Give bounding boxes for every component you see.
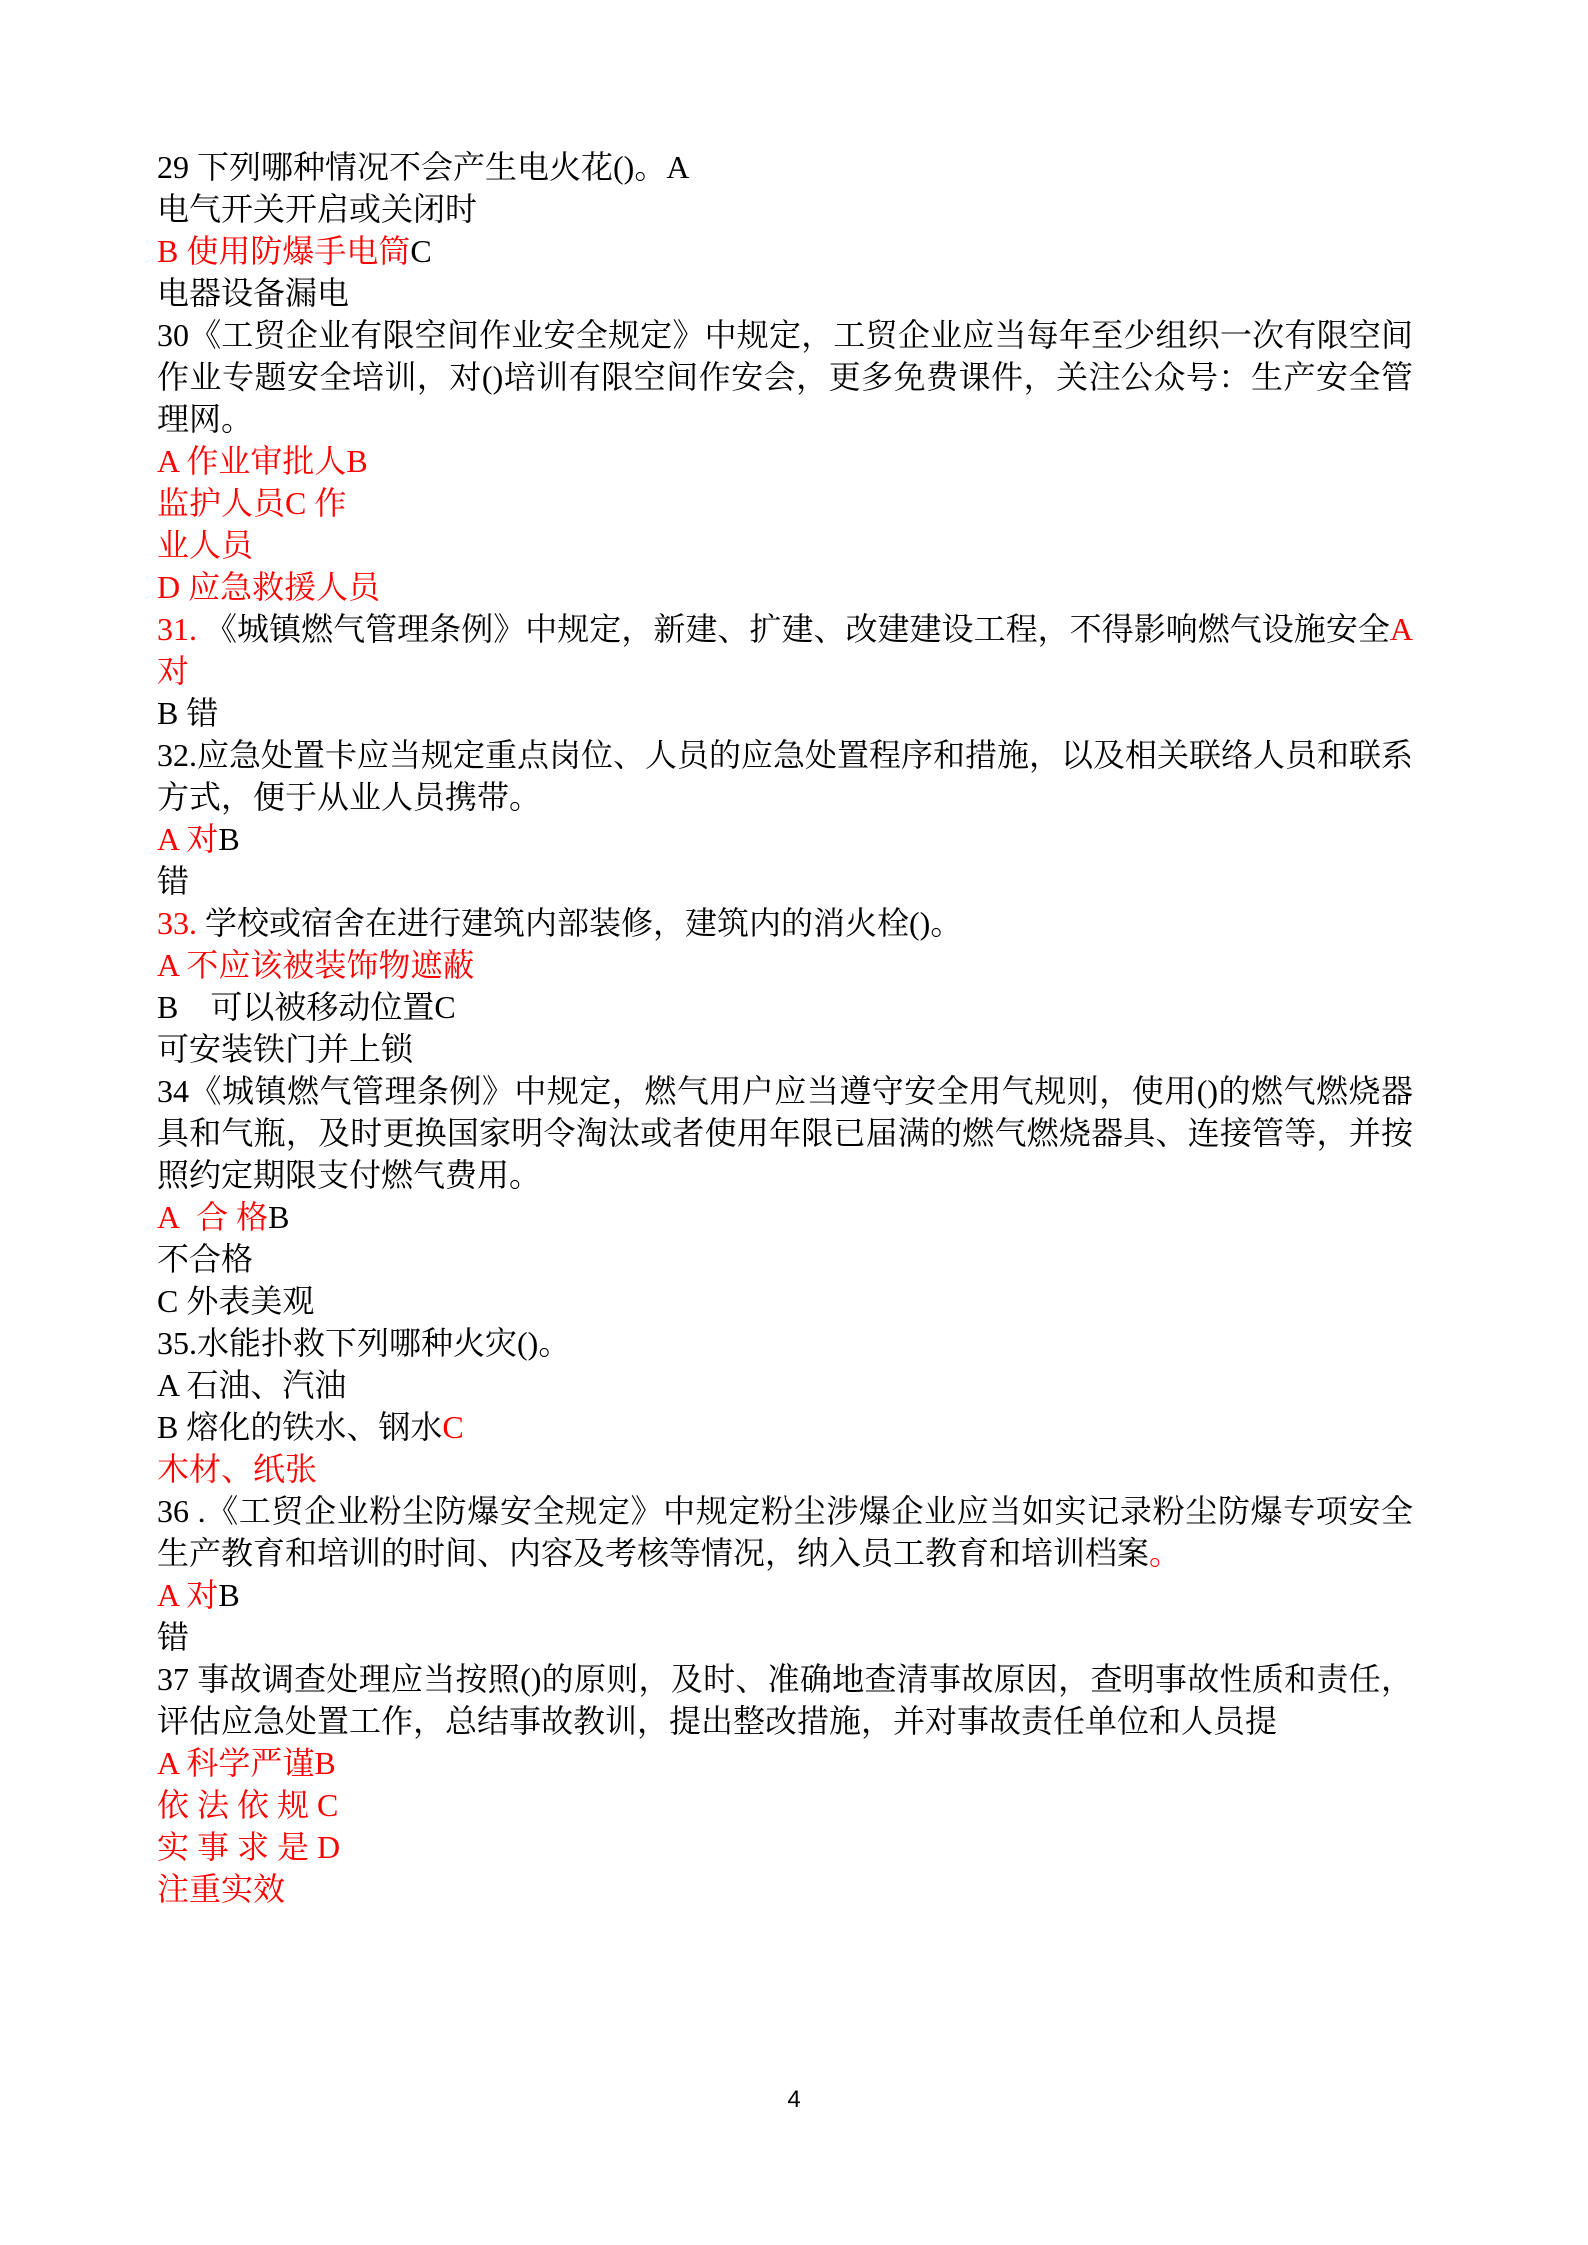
text-segment: 实 事 求 是 D [157, 1829, 340, 1865]
text-segment: 理网。 [157, 401, 253, 437]
document-page: 29 下列哪种情况不会产生电火花()。A电气开关开启或关闭时B 使用防爆手电筒C… [0, 0, 1588, 2245]
question-text-block: 29 下列哪种情况不会产生电火花()。A电气开关开启或关闭时B 使用防爆手电筒C… [157, 146, 1413, 1910]
text-segment: 《城镇燃气管理条例》中规定，新建、扩建、改建建设工程，不得影响燃气设施安全 [197, 611, 1390, 647]
text-segment: 照约定期限支付燃气费用。 [157, 1157, 541, 1193]
text-line: 方式，便于从业人员携带。 [157, 776, 1413, 818]
text-segment: 监护人员C 作 [157, 485, 346, 521]
text-line: 依 法 依 规 C [157, 1784, 1413, 1826]
text-line: 30《工贸企业有限空间作业安全规定》中规定，工贸企业应当每年至少组织一次有限空间 [157, 314, 1413, 356]
text-line: A 对B [157, 1574, 1413, 1616]
text-line: 注重实效 [157, 1868, 1413, 1910]
text-segment: 32.应急处置卡应当规定重点岗位、人员的应急处置程序和措施，以及相关联络人员和联… [157, 737, 1413, 773]
text-line: A 作业审批人B [157, 440, 1413, 482]
text-segment: C 外表美观 [157, 1283, 314, 1319]
text-line: 32.应急处置卡应当规定重点岗位、人员的应急处置程序和措施，以及相关联络人员和联… [157, 734, 1413, 776]
text-line: 36 .《工贸企业粉尘防爆安全规定》中规定粉尘涉爆企业应当如实记录粉尘防爆专项安… [157, 1490, 1413, 1532]
text-segment: B 使用防爆手电筒 [157, 233, 410, 269]
text-line: B 使用防爆手电筒C [157, 230, 1413, 272]
text-line: 35.水能扑救下列哪种火灾()。 [157, 1322, 1413, 1364]
text-segment: B [218, 1577, 239, 1613]
text-segment: 评估应急处置工作，总结事故教训，提出整改措施，并对事故责任单位和人员提 [157, 1703, 1277, 1739]
text-segment: A 石油、汽油 [157, 1367, 346, 1403]
text-segment: 木材、纸张 [157, 1451, 317, 1487]
text-segment: 作业专题安全培训，对()培训有限空间作安会，更多免费课件，关注公众号：生产安全管 [157, 359, 1413, 395]
text-line: 生产教育和培训的时间、内容及考核等情况，纳入员工教育和培训档案。 [157, 1532, 1413, 1574]
text-segment: C [410, 233, 431, 269]
text-line: 不合格 [157, 1238, 1413, 1280]
text-segment: 30《工贸企业有限空间作业安全规定》中规定，工贸企业应当每年至少组织一次有限空间 [157, 317, 1413, 353]
text-segment: 方式，便于从业人员携带。 [157, 779, 541, 815]
text-line: 可安装铁门并上锁 [157, 1028, 1413, 1070]
text-segment: A 不应该被装饰物遮蔽 [157, 947, 474, 983]
text-line: 木材、纸张 [157, 1448, 1413, 1490]
text-segment: 36 .《工贸企业粉尘防爆安全规定》中规定粉尘涉爆企业应当如实记录粉尘防爆专项安… [157, 1493, 1413, 1529]
text-segment: B 错 [157, 695, 218, 731]
text-line: B 可以被移动位置C [157, 986, 1413, 1028]
text-segment: 对 [157, 653, 189, 689]
text-line: D 应急救援人员 [157, 566, 1413, 608]
text-line: 电气开关开启或关闭时 [157, 188, 1413, 230]
text-line: 业人员 [157, 524, 1413, 566]
text-segment: 业人员 [157, 527, 253, 563]
text-segment: 电器设备漏电 [157, 275, 349, 311]
text-line: 电器设备漏电 [157, 272, 1413, 314]
text-line: A 对B [157, 818, 1413, 860]
text-line: 实 事 求 是 D [157, 1826, 1413, 1868]
text-segment: 33. [157, 905, 197, 941]
text-line: 对 [157, 650, 1413, 692]
text-segment: 具和气瓶，及时更换国家明令淘汰或者使用年限已届满的燃气燃烧器具、连接管等，并按 [157, 1115, 1413, 1151]
text-line: A 石油、汽油 [157, 1364, 1413, 1406]
text-line: A 合 格B [157, 1196, 1413, 1238]
text-line: 理网。 [157, 398, 1413, 440]
text-line: 照约定期限支付燃气费用。 [157, 1154, 1413, 1196]
text-line: 作业专题安全培训，对()培训有限空间作安会，更多免费课件，关注公众号：生产安全管 [157, 356, 1413, 398]
text-segment: 35.水能扑救下列哪种火灾()。 [157, 1325, 570, 1361]
text-segment: B [268, 1199, 289, 1235]
text-segment: 不合格 [157, 1241, 253, 1277]
text-segment: 注重实效 [157, 1871, 285, 1907]
text-line: 34《城镇燃气管理条例》中规定，燃气用户应当遵守安全用气规则，使用()的燃气燃烧… [157, 1070, 1413, 1112]
text-line: B 错 [157, 692, 1413, 734]
text-line: A 科学严谨B [157, 1742, 1413, 1784]
page-number: 4 [0, 2086, 1588, 2114]
text-line: 具和气瓶，及时更换国家明令淘汰或者使用年限已届满的燃气燃烧器具、连接管等，并按 [157, 1112, 1413, 1154]
text-segment: 可安装铁门并上锁 [157, 1031, 413, 1067]
text-segment: 错 [157, 1619, 189, 1655]
text-line: 31. 《城镇燃气管理条例》中规定，新建、扩建、改建建设工程，不得影响燃气设施安… [157, 608, 1413, 650]
text-line: 错 [157, 860, 1413, 902]
text-segment: A 合 格 [157, 1199, 268, 1235]
text-line: C 外表美观 [157, 1280, 1413, 1322]
text-segment: D 应急救援人员 [157, 569, 380, 605]
text-segment: 生产教育和培训的时间、内容及考核等情况，纳入员工教育和培训档案 [157, 1535, 1149, 1571]
text-line: 29 下列哪种情况不会产生电火花()。A [157, 146, 1413, 188]
text-segment: A [1390, 611, 1413, 647]
text-segment: 37 事故调查处理应当按照()的原则，及时、准确地查清事故原因，查明事故性质和责… [157, 1661, 1413, 1697]
text-segment: B [218, 821, 239, 857]
text-line: B 熔化的铁水、钢水C [157, 1406, 1413, 1448]
text-line: 评估应急处置工作，总结事故教训，提出整改措施，并对事故责任单位和人员提 [157, 1700, 1413, 1742]
text-segment: 29 下列哪种情况不会产生电火花()。A [157, 149, 689, 185]
text-segment: A 对 [157, 1577, 218, 1613]
text-segment: 34《城镇燃气管理条例》中规定，燃气用户应当遵守安全用气规则，使用()的燃气燃烧… [157, 1073, 1413, 1109]
text-segment: 31. [157, 611, 197, 647]
text-segment: A 作业审批人B [157, 443, 368, 479]
text-segment: B 熔化的铁水、钢水 [157, 1409, 442, 1445]
text-segment: 。 [1149, 1535, 1181, 1571]
text-segment: A 对 [157, 821, 218, 857]
text-segment: B 可以被移动位置C [157, 989, 456, 1025]
text-segment: 错 [157, 863, 189, 899]
text-segment: 学校或宿舍在进行建筑内部装修，建筑内的消火栓()。 [197, 905, 962, 941]
text-segment: 电气开关开启或关闭时 [157, 191, 477, 227]
text-line: A 不应该被装饰物遮蔽 [157, 944, 1413, 986]
text-segment: A 科学严谨B [157, 1745, 336, 1781]
text-line: 监护人员C 作 [157, 482, 1413, 524]
text-line: 37 事故调查处理应当按照()的原则，及时、准确地查清事故原因，查明事故性质和责… [157, 1658, 1413, 1700]
text-segment: C [442, 1409, 463, 1445]
text-line: 错 [157, 1616, 1413, 1658]
text-line: 33. 学校或宿舍在进行建筑内部装修，建筑内的消火栓()。 [157, 902, 1413, 944]
text-segment: 依 法 依 规 C [157, 1787, 338, 1823]
